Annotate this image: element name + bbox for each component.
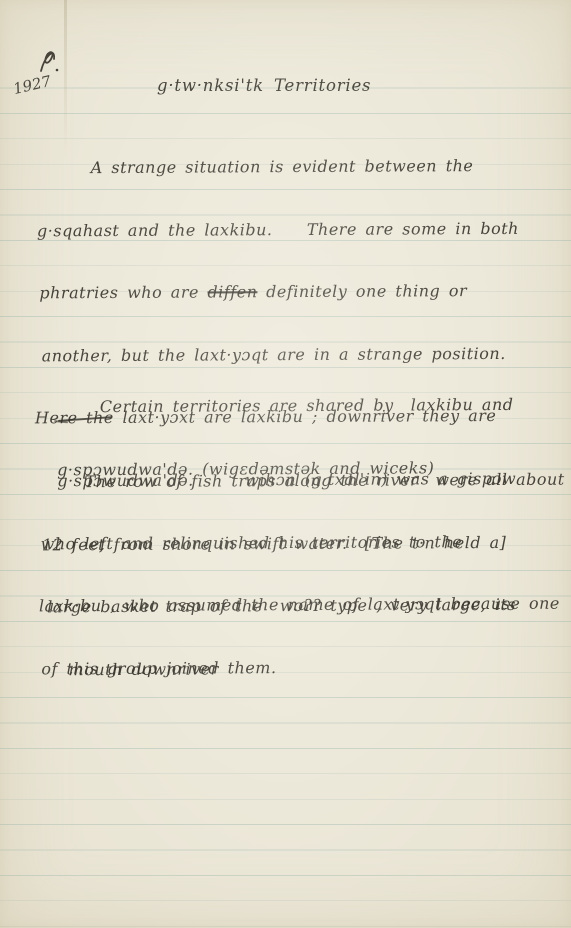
handwritten-line: mouth downriver — [68, 655, 567, 682]
ink-scribble-mark — [36, 47, 66, 75]
handwritten-line: Certain territories are shared by laxkib… — [100, 393, 557, 420]
handwritten-line: large basket trap of the wɔʔʔ type , ver… — [47, 593, 567, 620]
handwritten-line: g·sqahast and the laxkibu. There are som… — [37, 216, 564, 243]
handwritten-line: The row of fish traps along the river we… — [84, 468, 566, 495]
handwritten-line: A strange situation is evident between t… — [91, 154, 564, 181]
paragraph-fish-traps: The row of fish traps along the river we… — [41, 430, 568, 721]
line-text: phratries who are — [39, 283, 207, 303]
handwritten-line: 12 feet from shore in swift water. [The … — [42, 530, 567, 557]
handwritten-line: phratries who are diffen definitely one … — [39, 279, 564, 306]
date-annotation: 1927 — [11, 72, 52, 98]
crossed-out-word: diffen — [207, 282, 257, 301]
manuscript-page: 1927 g·tw·nksi'tk Territories A strange … — [0, 0, 571, 928]
line-text: definitely one thing or — [257, 281, 467, 301]
page-title: g·tw·nksi'tk Territories — [157, 76, 371, 95]
